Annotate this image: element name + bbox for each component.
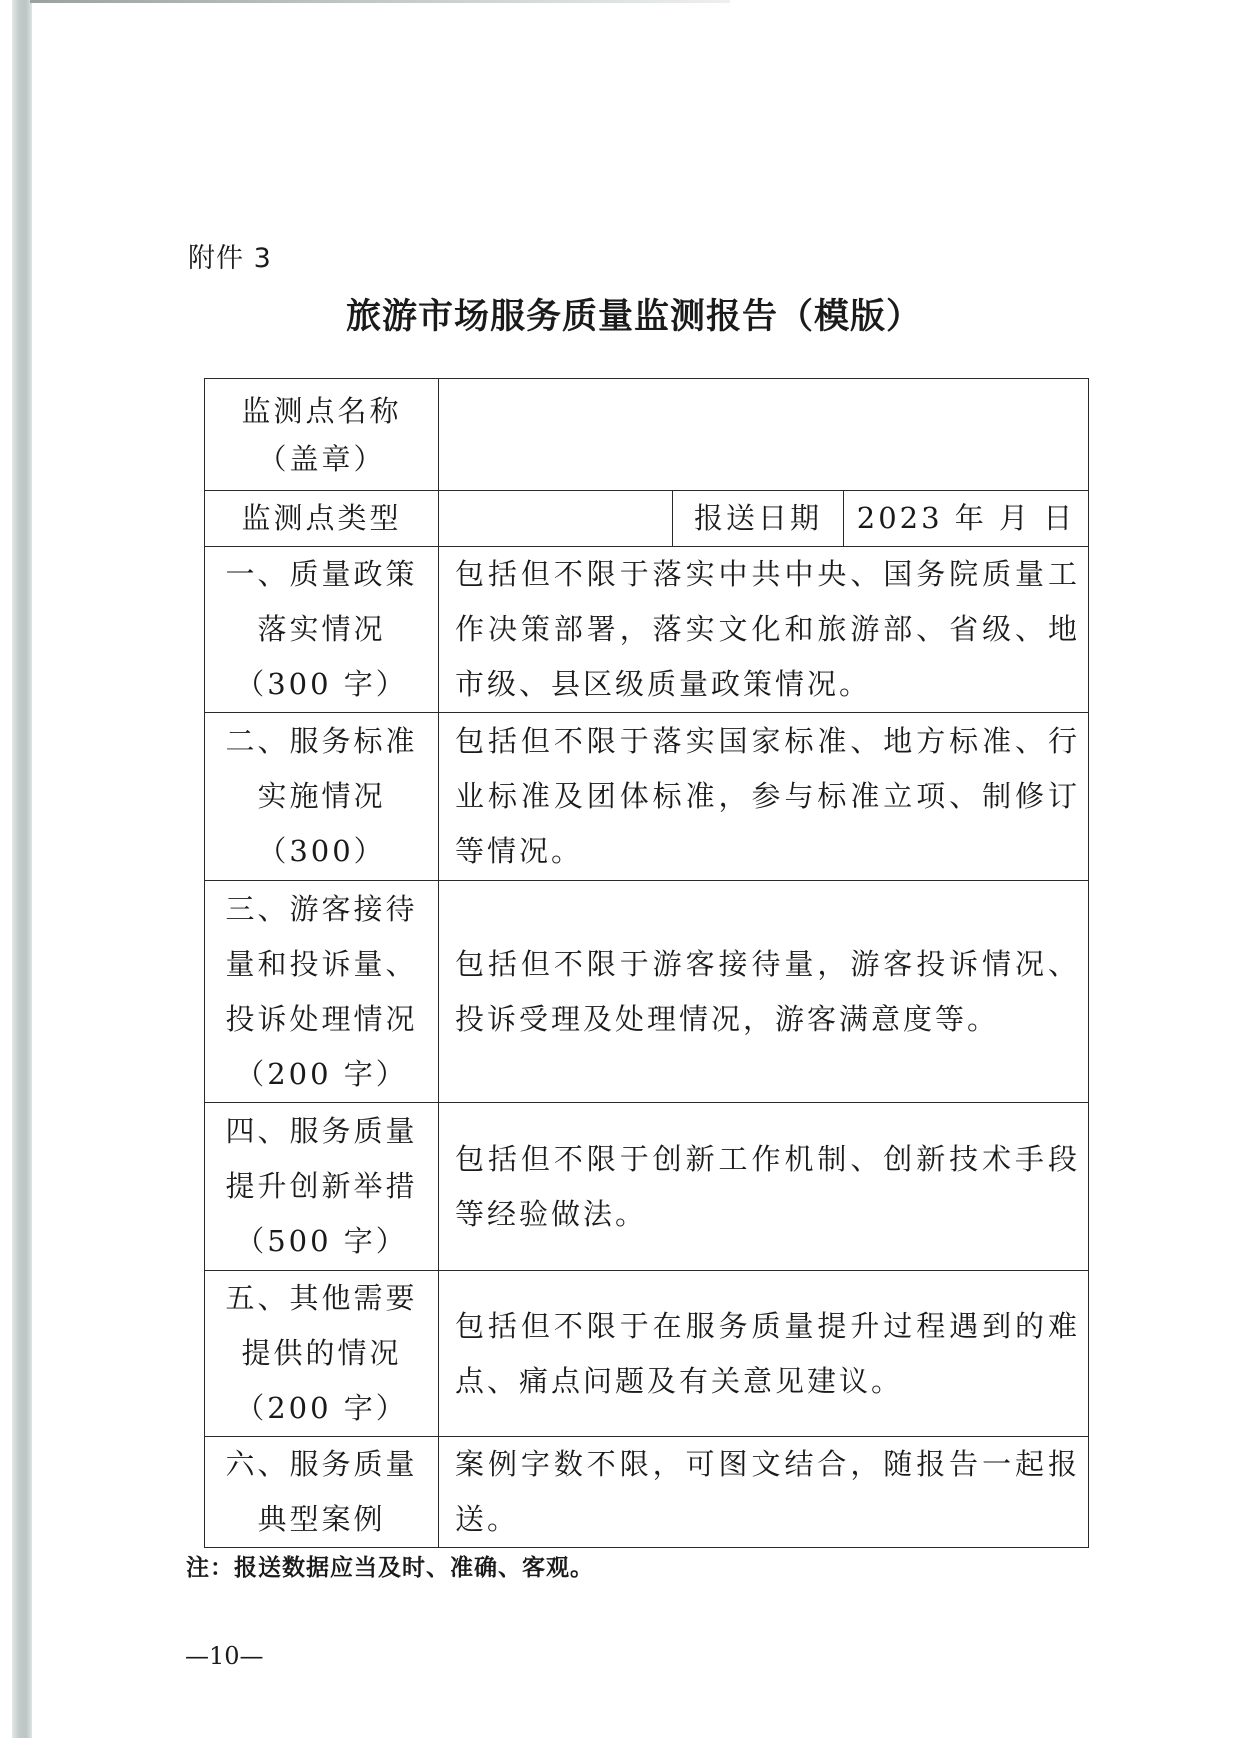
table-row-site-type: 监测点类型 报送日期 2023 年 月 日 <box>205 491 1089 547</box>
report-form-table: 监测点名称 （盖章） 监测点类型 报送日期 2023 年 月 日 一、质量政策 … <box>204 378 1089 1548</box>
section-4-label: 四、服务质量 提升创新举措 （500 字） <box>205 1103 439 1271</box>
table-row-section-3: 三、游客接待 量和投诉量、 投诉处理情况 （200 字） 包括但不限于游客接待量… <box>205 881 1089 1103</box>
submit-date-label: 报送日期 <box>673 491 844 547</box>
scan-edge-strip <box>12 0 32 1738</box>
site-name-label: 监测点名称 （盖章） <box>205 379 439 491</box>
section-4-word-limit: （500 字） <box>205 1214 438 1269</box>
section-1-word-limit: （300 字） <box>205 657 438 712</box>
section-5-label-line: 五、其他需要 <box>205 1271 438 1326</box>
section-3-word-limit: （200 字） <box>205 1047 438 1102</box>
section-1-content[interactable]: 包括但不限于落实中共中央、国务院质量工作决策部署，落实文化和旅游部、省级、地市级… <box>439 547 1089 713</box>
section-2-word-limit: （300） <box>205 824 438 879</box>
section-3-label-line: 三、游客接待 <box>205 882 438 937</box>
section-2-label: 二、服务标准 实施情况 （300） <box>205 713 439 881</box>
section-5-content[interactable]: 包括但不限于在服务质量提升过程遇到的难点、痛点问题及有关意见建议。 <box>439 1271 1089 1437</box>
page-number: —10— <box>185 1642 264 1670</box>
site-type-label: 监测点类型 <box>205 491 439 547</box>
section-4-label-line: 四、服务质量 <box>205 1104 438 1159</box>
section-2-label-line: 实施情况 <box>205 769 438 824</box>
table-row-section-4: 四、服务质量 提升创新举措 （500 字） 包括但不限于创新工作机制、创新技术手… <box>205 1103 1089 1271</box>
section-6-label: 六、服务质量 典型案例 <box>205 1437 439 1548</box>
section-3-label: 三、游客接待 量和投诉量、 投诉处理情况 （200 字） <box>205 881 439 1103</box>
section-3-label-line: 量和投诉量、 <box>205 937 438 992</box>
section-5-word-limit: （200 字） <box>205 1381 438 1436</box>
section-5-label-line: 提供的情况 <box>205 1326 438 1381</box>
section-2-label-line: 二、服务标准 <box>205 714 438 769</box>
section-3-label-line: 投诉处理情况 <box>205 992 438 1047</box>
section-4-content[interactable]: 包括但不限于创新工作机制、创新技术手段等经验做法。 <box>439 1103 1089 1271</box>
table-row-section-1: 一、质量政策 落实情况 （300 字） 包括但不限于落实中共中央、国务院质量工作… <box>205 547 1089 713</box>
document-title: 旅游市场服务质量监测报告（模版） <box>346 289 946 339</box>
table-row-site-name: 监测点名称 （盖章） <box>205 379 1089 491</box>
site-type-field[interactable] <box>439 491 673 547</box>
section-5-label: 五、其他需要 提供的情况 （200 字） <box>205 1271 439 1437</box>
table-row-section-2: 二、服务标准 实施情况 （300） 包括但不限于落实国家标准、地方标准、行业标准… <box>205 713 1089 881</box>
attachment-label: 附件 3 <box>188 236 272 275</box>
submit-date-field[interactable]: 2023 年 月 日 <box>844 491 1089 547</box>
footnote: 注：报送数据应当及时、准确、客观。 <box>186 1549 594 1582</box>
table-row-section-5: 五、其他需要 提供的情况 （200 字） 包括但不限于在服务质量提升过程遇到的难… <box>205 1271 1089 1437</box>
section-1-label-line: 一、质量政策 <box>205 547 438 602</box>
section-6-content[interactable]: 案例字数不限，可图文结合，随报告一起报送。 <box>439 1437 1089 1548</box>
section-1-label-line: 落实情况 <box>205 602 438 657</box>
section-3-content[interactable]: 包括但不限于游客接待量，游客投诉情况、投诉受理及处理情况，游客满意度等。 <box>439 881 1089 1103</box>
section-6-label-line: 六、服务质量 <box>205 1437 438 1492</box>
scan-top-edge <box>30 0 730 3</box>
table-row-section-6: 六、服务质量 典型案例 案例字数不限，可图文结合，随报告一起报送。 <box>205 1437 1089 1548</box>
section-1-label: 一、质量政策 落实情况 （300 字） <box>205 547 439 713</box>
section-6-label-line: 典型案例 <box>205 1492 438 1547</box>
site-name-label-line1: 监测点名称 <box>205 387 438 435</box>
site-name-label-line2: （盖章） <box>205 435 438 483</box>
section-4-label-line: 提升创新举措 <box>205 1159 438 1214</box>
site-name-field[interactable] <box>439 379 1089 491</box>
section-2-content[interactable]: 包括但不限于落实国家标准、地方标准、行业标准及团体标准，参与标准立项、制修订等情… <box>439 713 1089 881</box>
